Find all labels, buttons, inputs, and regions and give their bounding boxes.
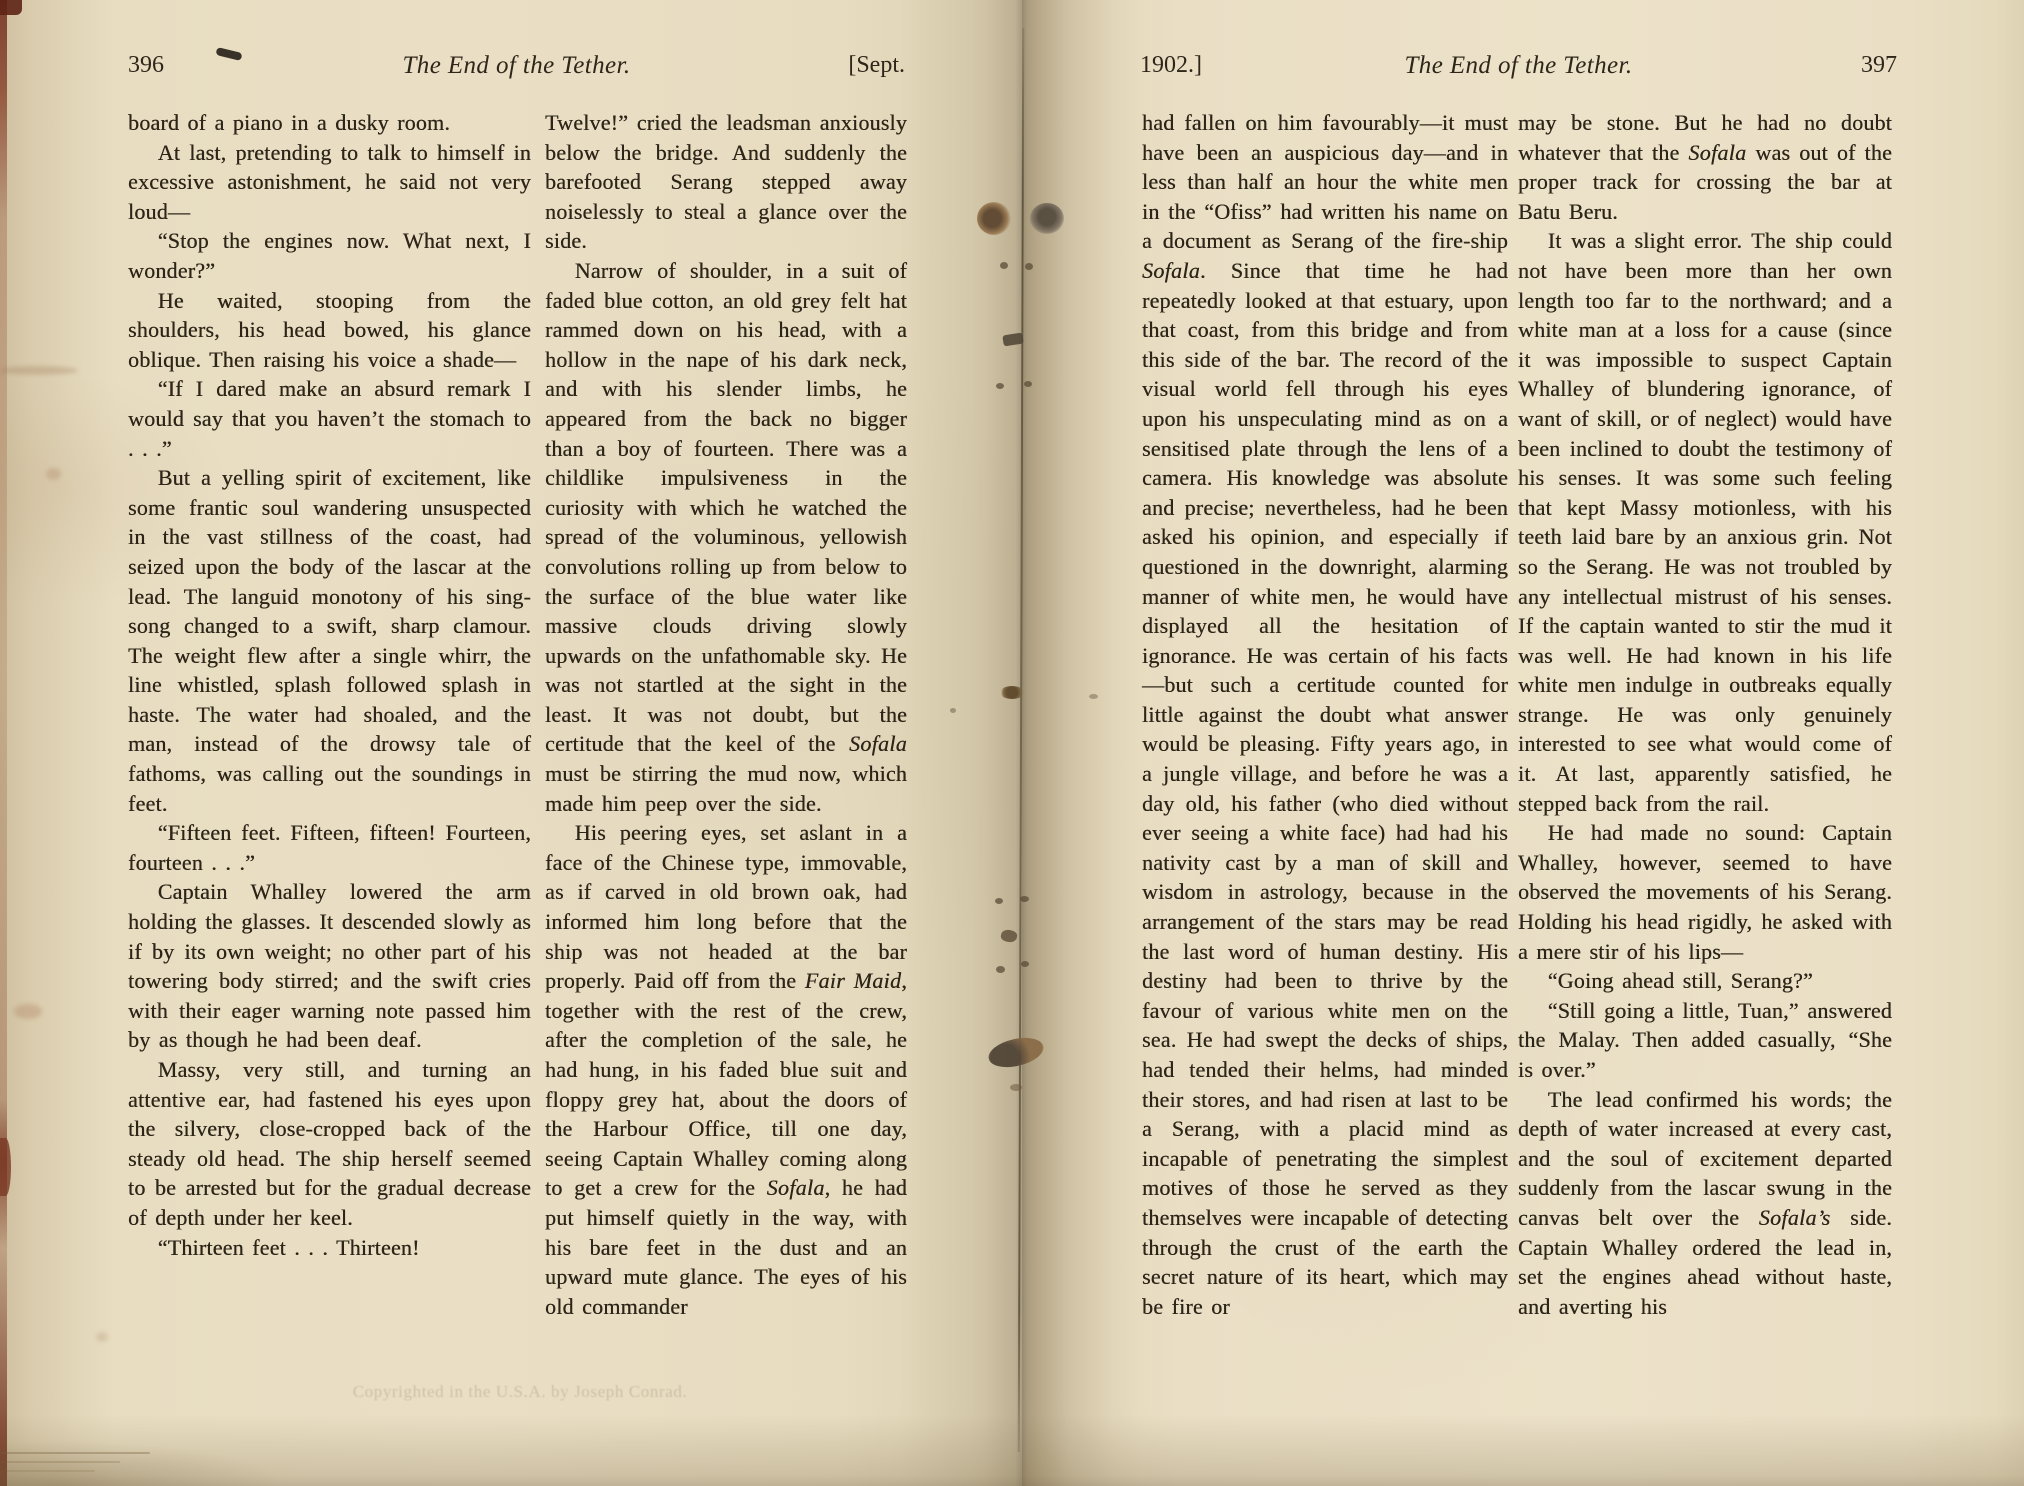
- paragraph: Narrow of shoulder, in a suit of faded b…: [545, 256, 907, 818]
- paragraph: Massy, very still, and turning an attent…: [128, 1055, 531, 1233]
- paragraph: He waited, stooping from the shoulders, …: [128, 286, 531, 375]
- paragraph: may be stone. But he had no doubt whatev…: [1518, 108, 1892, 226]
- paragraph: “Going ahead still, Serang?”: [1518, 966, 1892, 996]
- issue-month-label: [Sept.: [128, 52, 905, 79]
- book-scan-spread: { "colors": { "page": "#eadfc5", "ink": …: [0, 0, 2024, 1486]
- showthrough-copyright-line: Copyrighted in the U.S.A. by Joseph Conr…: [240, 1382, 800, 1402]
- paragraph: Captain Whalley lowered the arm holding …: [128, 877, 531, 1055]
- page-stack-line: [0, 1470, 95, 1472]
- paragraph: At last, pretending to talk to himself i…: [128, 138, 531, 227]
- left-page-column-1: board of a piano in a dusky room. At las…: [128, 108, 531, 1262]
- paragraph: It was a slight error. The ship could no…: [1518, 226, 1892, 818]
- right-page-column-2: may be stone. But he had no doubt whatev…: [1518, 108, 1892, 1321]
- left-page-column-2: Twelve!” cried the leadsman anxiously be…: [545, 108, 907, 1321]
- paragraph: He had made no sound: Captain Whalley, h…: [1518, 818, 1892, 966]
- right-page-column-1: had fallen on him favourably—it must hav…: [1142, 108, 1508, 1321]
- paragraph: The lead confirmed his words; the depth …: [1518, 1085, 1892, 1322]
- page-stack-line: [0, 1452, 150, 1454]
- page-stack-line: [0, 1461, 120, 1463]
- left-page: 396 The End of the Tether. [Sept. board …: [0, 0, 1022, 1486]
- right-page: 1902.] The End of the Tether. 397 had fa…: [1022, 0, 2024, 1486]
- paragraph: board of a piano in a dusky room.: [128, 108, 531, 138]
- paragraph: “Thirteen feet . . . Thirteen!: [128, 1233, 531, 1263]
- paragraph: But a yelling spirit of excitement, like…: [128, 463, 531, 818]
- paragraph: His peering eyes, set aslant in a face o…: [545, 818, 907, 1321]
- paragraph: Twelve!” cried the leadsman anxiously be…: [545, 108, 907, 256]
- paragraph: “If I dared make an absurd remark I woul…: [128, 374, 531, 463]
- paragraph: “Fifteen feet. Fifteen, fifteen! Fourtee…: [128, 818, 531, 877]
- paragraph: “Stop the engines now. What next, I wond…: [128, 226, 531, 285]
- paragraph: had fallen on him favourably—it must hav…: [1142, 108, 1508, 1321]
- paragraph: “Still going a little, Tuan,” answered t…: [1518, 996, 1892, 1085]
- page-number-397: 397: [1140, 52, 1897, 79]
